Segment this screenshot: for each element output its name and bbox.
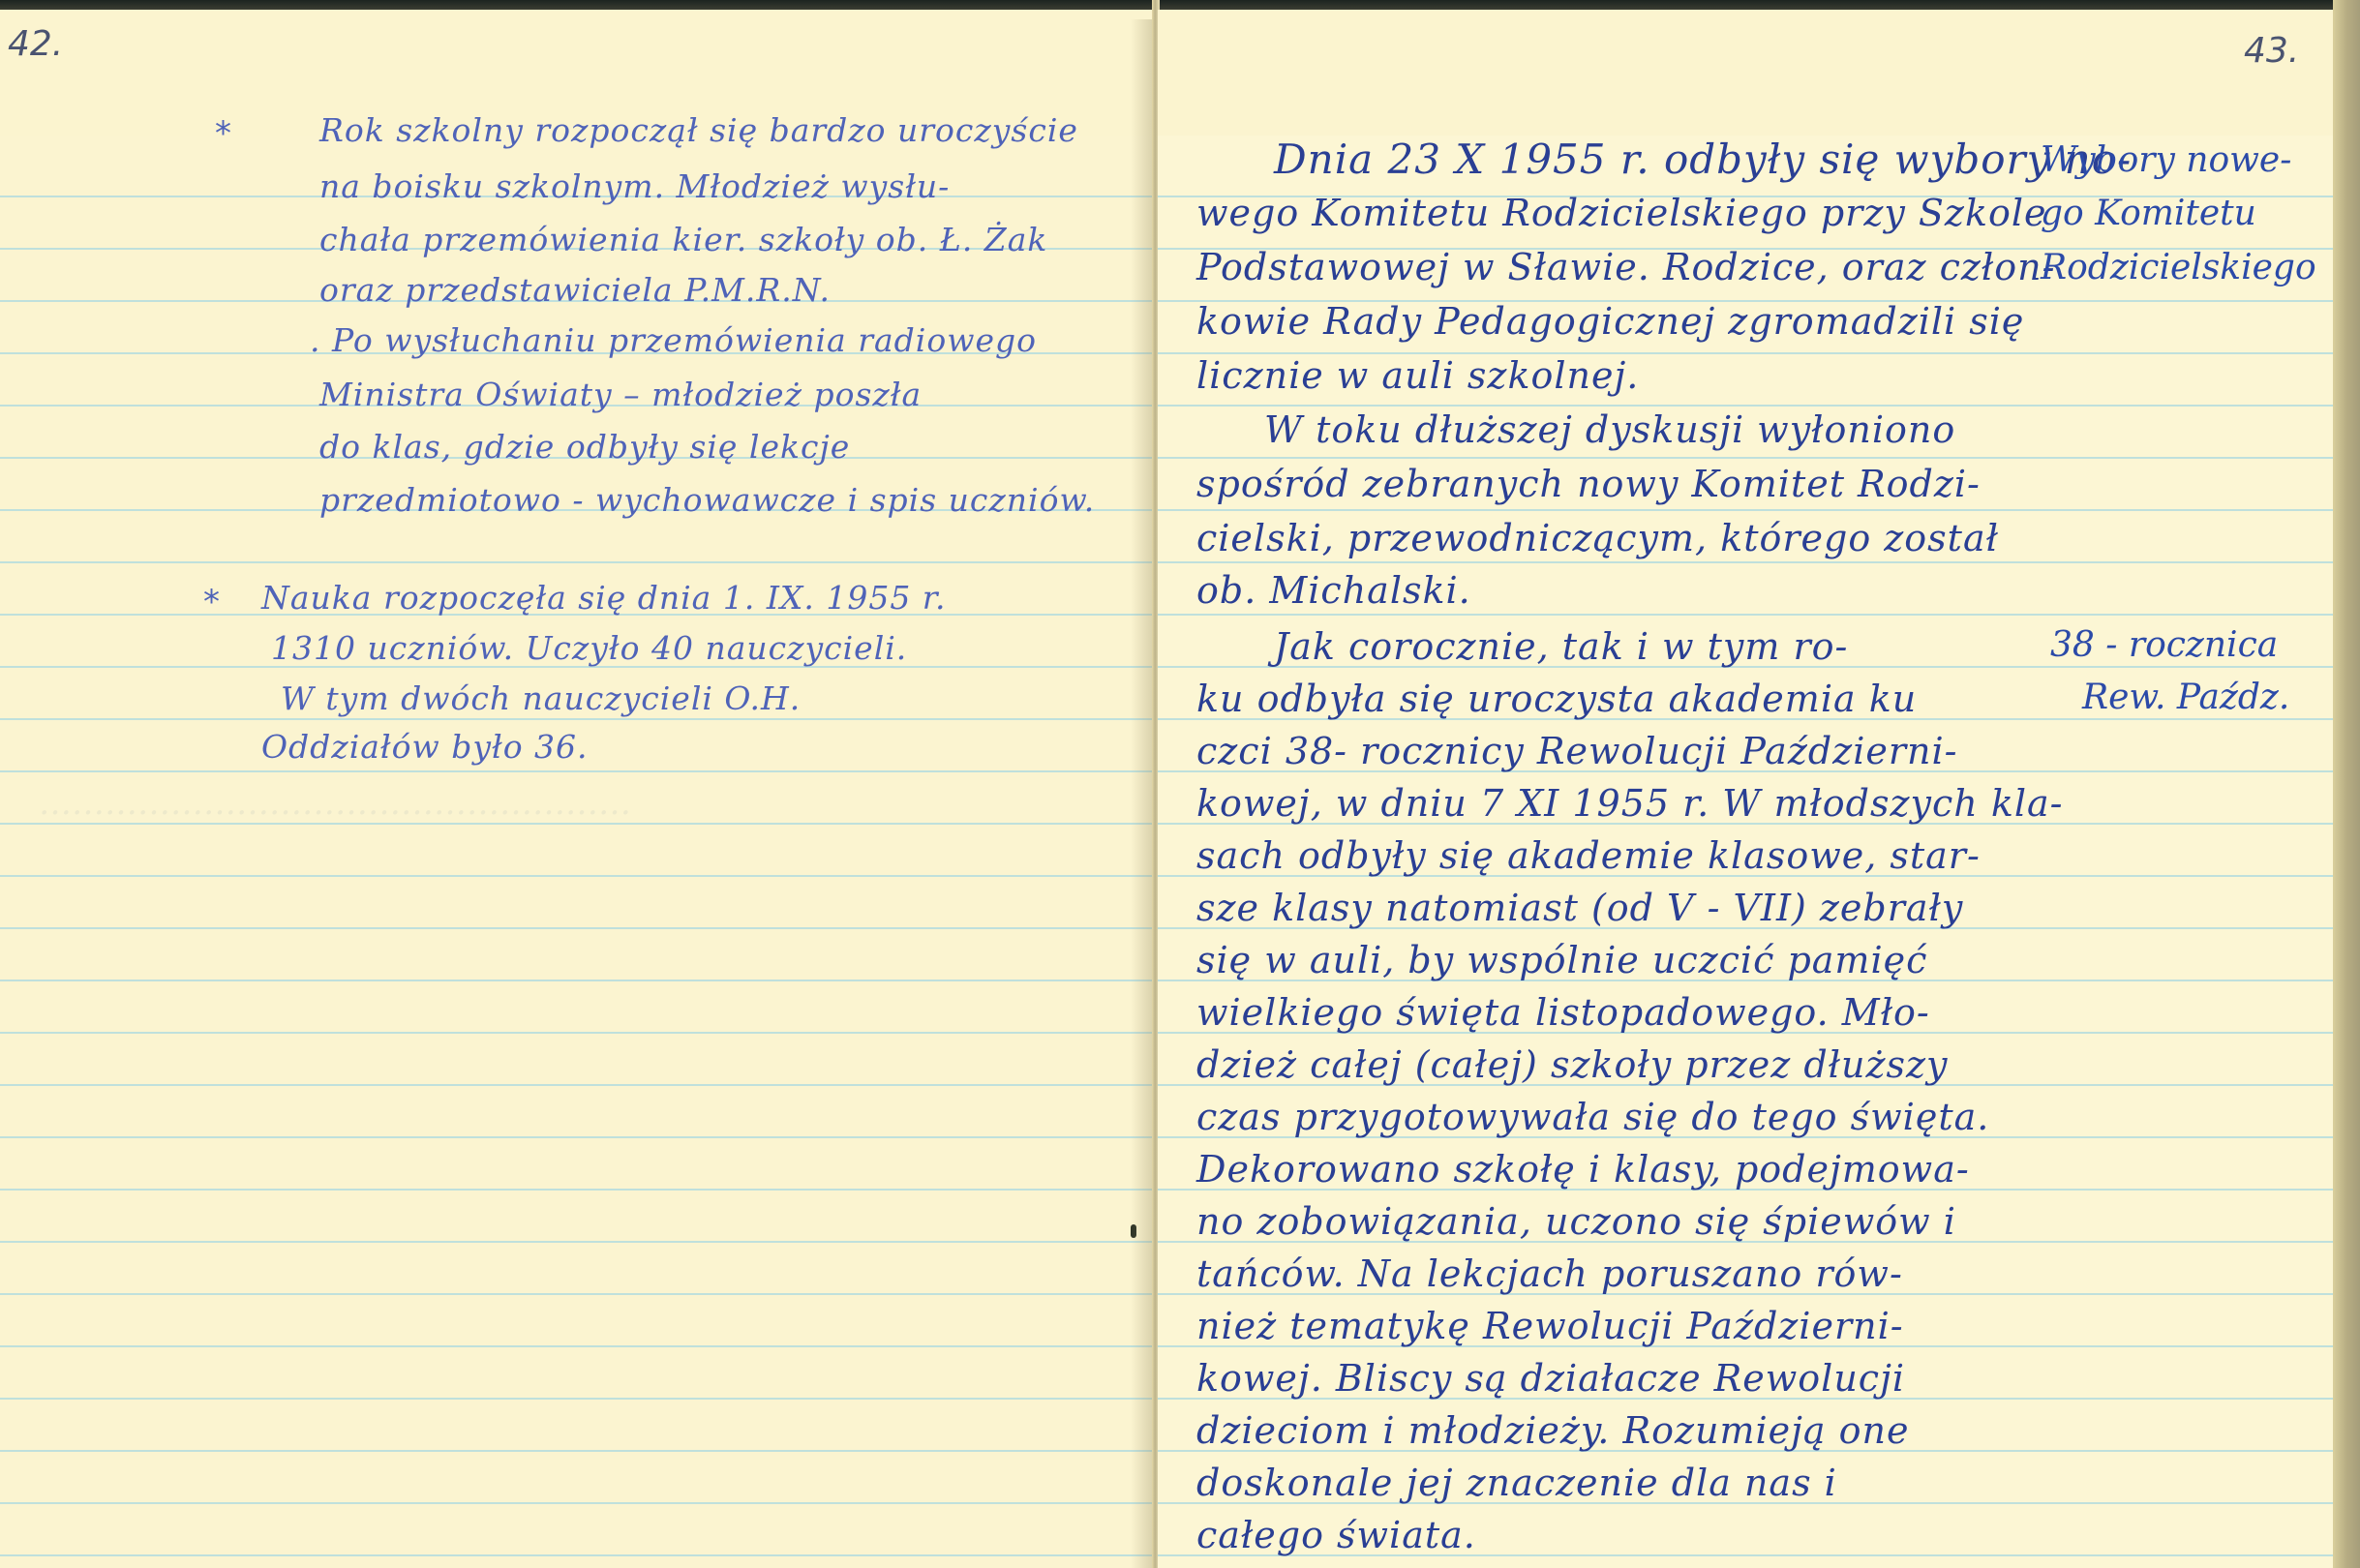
text-line: W toku dłuższej dyskusji wyłoniono — [1264, 408, 1955, 451]
text-line: 1310 uczniów. Uczyło 40 nauczycieli. — [271, 629, 907, 667]
text-line: sze klasy natomiast (od V - VII) zebrały — [1196, 887, 1963, 929]
text-line: doskonale jej znaczenie dla nas i — [1196, 1462, 1837, 1504]
text-line: Jak corocznie, tak i w tym ro- — [1274, 625, 1848, 668]
text-line: Dnia 23 X 1955 r. odbyły się wybory no- — [1274, 136, 2132, 183]
margin-note-anniversary: Rew. Paźdz. — [2082, 678, 2289, 717]
text-line: nież tematykę Rewolucji Październi- — [1196, 1305, 1904, 1347]
page-number-right: 43. — [2244, 31, 2299, 71]
margin-note-elections: Rodzicielskiego — [2041, 248, 2316, 287]
page-number-left: 42. — [8, 24, 63, 64]
text-line: Rok szkolny rozpoczął się bardzo uroczyś… — [319, 111, 1078, 149]
entry-bullet-1: * — [215, 114, 231, 153]
text-line: spośród zebranych nowy Komitet Rodzi- — [1196, 463, 1981, 505]
text-line: Ministra Oświaty – młodzież poszła — [319, 376, 922, 413]
margin-note-elections: Wybory nowe- — [2041, 140, 2291, 180]
text-line: wego Komitetu Rodzicielskiego przy Szkol… — [1196, 192, 2046, 234]
text-line: ku odbyła się uroczysta akademia ku — [1196, 678, 1917, 720]
text-line: Oddziałów było 36. — [261, 728, 589, 766]
text-line: dzieciom i młodzieży. Rozumieją one — [1196, 1409, 1909, 1452]
text-line: kowej, w dniu 7 XI 1955 r. W młodszych k… — [1196, 782, 2064, 825]
notebook-page-edges — [2333, 0, 2360, 1568]
text-line: W tym dwóch nauczycieli O.H. — [281, 679, 801, 717]
text-line: Podstawowej w Sławie. Rodzice, oraz czło… — [1196, 246, 2055, 288]
text-line: się w auli, by wspólnie uczcić pamięć — [1196, 939, 1927, 981]
text-line: ob. Michalski. — [1196, 569, 1471, 612]
text-line: na boisku szkolnym. Młodzież wysłu- — [319, 167, 950, 205]
page-curvature-shadow — [1131, 19, 1152, 1568]
text-line: Dekorowano szkołę i klasy, podejmowa- — [1196, 1148, 1970, 1191]
notebook-cover-edge — [0, 0, 2360, 10]
text-line: Nauka rozpoczęła się dnia 1. IX. 1955 r. — [261, 579, 946, 617]
text-line: wielkiego święta listopadowego. Mło- — [1196, 991, 1930, 1034]
text-line: oraz przedstawiciela P.M.R.N. — [319, 271, 831, 309]
entry-bullet-2: * — [203, 583, 220, 621]
text-line: tańców. Na lekcjach poruszano rów- — [1196, 1252, 1903, 1295]
left-page: 42. ……………………………………………… * Rok szkolny roz… — [0, 10, 1154, 1568]
text-line: kowej. Bliscy są działacze Rewolucji — [1196, 1357, 1905, 1400]
margin-note-anniversary: 38 - rocznica — [2050, 625, 2278, 665]
text-line: całego świata. — [1196, 1514, 1476, 1556]
text-line: no zobowiązania, uczono się śpiewów i — [1196, 1200, 1956, 1243]
text-line: dzież całej (całej) szkoły przez dłuższy — [1196, 1043, 1948, 1086]
text-line: . Po wysłuchaniu przemówienia radiowego — [310, 321, 1037, 359]
right-page: 43. Dnia 23 X 1955 r. odbyły się wybory … — [1158, 10, 2360, 1568]
text-line: przedmiotowo - wychowawcze i spis ucznió… — [319, 481, 1095, 519]
text-line: chała przemówienia kier. szkoły ob. Ł. Ż… — [319, 221, 1047, 258]
margin-note-elections: go Komitetu — [2041, 194, 2256, 233]
text-line: czci 38- rocznicy Rewolucji Październi- — [1196, 730, 1957, 772]
notebook-spread: 42. ……………………………………………… * Rok szkolny roz… — [0, 0, 2360, 1568]
text-line: do klas, gdzie odbyły się lekcje — [319, 428, 850, 466]
text-line: licznie w auli szkolnej. — [1196, 354, 1639, 397]
text-line: kowie Rady Pedagogicznej zgromadzili się — [1196, 300, 2024, 343]
text-line: sach odbyły się akademie klasowe, star- — [1196, 834, 1981, 877]
text-line: czas przygotowywała się do tego święta. — [1196, 1096, 1989, 1138]
text-line: cielski, przewodniczącym, którego został — [1196, 517, 1999, 559]
